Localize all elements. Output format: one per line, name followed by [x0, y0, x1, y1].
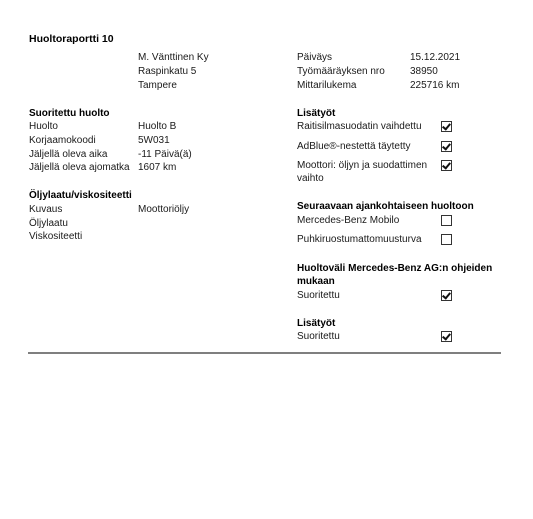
- remaining-time-label: Jäljellä oleva aika: [29, 148, 107, 161]
- dealer-street: Raspinkatu 5: [138, 65, 196, 78]
- service-type-label: Huolto: [29, 120, 58, 133]
- remaining-time-value: -11 Päivä(ä): [138, 148, 192, 161]
- adblue-checkbox[interactable]: [441, 141, 452, 152]
- work-order-label: Työmääräyksen nro: [297, 65, 385, 78]
- additional-work-2-done-label: Suoritettu: [297, 330, 340, 343]
- next-service-heading: Seuraavaan ajankohtaiseen huoltoon: [297, 200, 474, 213]
- date-value: 15.12.2021: [410, 51, 460, 64]
- divider: [28, 352, 501, 354]
- interval-heading: Huoltoväli Mercedes-Benz AG:n ohjeiden m…: [297, 262, 497, 288]
- cabin-filter-label: Raitisilmasuodatin vaihdettu: [297, 120, 422, 133]
- report-title: Huoltoraportti 10: [29, 33, 114, 45]
- work-order-value: 38950: [410, 65, 438, 78]
- dealer-city: Tampere: [138, 79, 177, 92]
- adblue-label: AdBlue®-nestettä täytetty: [297, 140, 411, 153]
- oil-change-label: Moottori: öljyn ja suodattimen vaihto: [297, 159, 437, 185]
- odometer-label: Mittarilukema: [297, 79, 356, 92]
- rust-warranty-label: Puhkiruostumattomuusturva: [297, 233, 422, 246]
- interval-done-label: Suoritettu: [297, 289, 340, 302]
- remaining-distance-value: 1607 km: [138, 161, 176, 174]
- mobilo-checkbox[interactable]: [441, 215, 452, 226]
- cabin-filter-checkbox[interactable]: [441, 121, 452, 132]
- dealer-name: M. Vänttinen Ky: [138, 51, 209, 64]
- additional-work-heading: Lisätyöt: [297, 107, 335, 120]
- oil-description-label: Kuvaus: [29, 203, 62, 216]
- oil-heading: Öljylaatu/viskositeetti: [29, 189, 132, 202]
- service-heading: Suoritettu huolto: [29, 107, 110, 120]
- odometer-value: 225716 km: [410, 79, 459, 92]
- interval-done-checkbox[interactable]: [441, 290, 452, 301]
- mobilo-label: Mercedes-Benz Mobilo: [297, 214, 399, 227]
- service-type-value: Huolto B: [138, 120, 176, 133]
- oil-description-value: Moottoriöljy: [138, 203, 189, 216]
- workshop-code-label: Korjaamokoodi: [29, 134, 96, 147]
- viscosity-label: Viskositeetti: [29, 230, 82, 243]
- workshop-code-value: 5W031: [138, 134, 170, 147]
- oil-quality-label: Öljylaatu: [29, 217, 68, 230]
- rust-warranty-checkbox[interactable]: [441, 234, 452, 245]
- additional-work-2-done-checkbox[interactable]: [441, 331, 452, 342]
- additional-work-2-heading: Lisätyöt: [297, 317, 335, 330]
- oil-change-checkbox[interactable]: [441, 160, 452, 171]
- remaining-distance-label: Jäljellä oleva ajomatka: [29, 161, 130, 174]
- date-label: Päiväys: [297, 51, 332, 64]
